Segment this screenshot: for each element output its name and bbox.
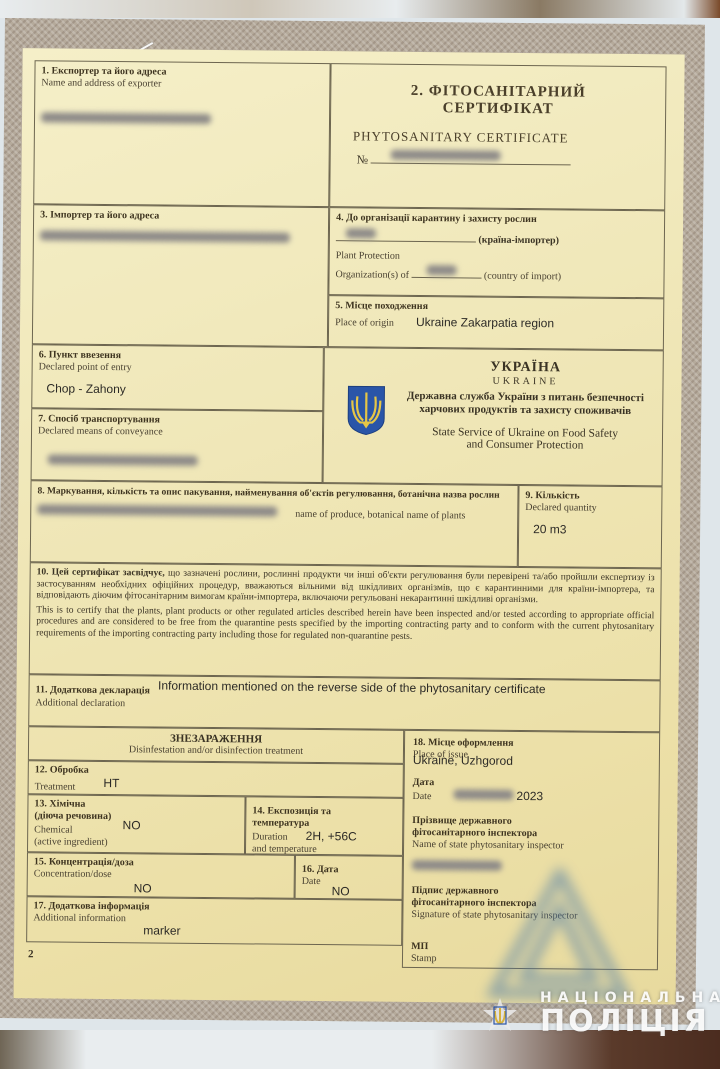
- produce-label-ua: 8. Маркування, кількість та опис пакуван…: [37, 485, 511, 502]
- ppo-country-redacted-ua: [346, 228, 376, 238]
- exporter-label-en: Name and address of exporter: [41, 77, 323, 92]
- conveyance-value-redacted: [48, 454, 198, 465]
- issue-place-value: Ukraine, Uzhgorod: [413, 753, 651, 769]
- produce-value-redacted: [37, 504, 277, 516]
- produce-label-en: name of produce, botanical name of plant…: [295, 509, 465, 522]
- background-top: [0, 0, 720, 18]
- issue-date-redacted: [454, 789, 514, 800]
- treatment-date-label-ua: 16. Дата: [302, 864, 396, 877]
- ppo-country-suffix-en: (country of import): [484, 271, 561, 283]
- national-police-watermark: НАЦІОНАЛЬНА ПОЛІЦІЯ: [470, 990, 710, 1038]
- box-chemical: 13. Хімічна (діюча речовина) ChemicalNO …: [27, 794, 246, 854]
- duration-value: 2H, +56C: [306, 829, 357, 843]
- box-means-of-conveyance: 7. Спосіб транспортування Declared means…: [31, 408, 324, 483]
- watermark-line2: ПОЛІЦІЯ: [540, 1006, 710, 1038]
- conveyance-label-en: Declared means of conveyance: [38, 425, 316, 440]
- ppo-label-ua: 4. До організації карантину і захисту ро…: [336, 212, 658, 227]
- certification-text-ua: 10. Цей сертифікат засвідчує, що зазначе…: [36, 567, 654, 607]
- page-number: 2: [28, 948, 34, 960]
- box-treatment-date: 16. Дата Date NO: [295, 855, 403, 900]
- authority-country-en: UKRAINE: [394, 375, 656, 389]
- importer-label-ua: 3. Імпортер та його адреса: [40, 209, 322, 224]
- authority-name-ua: Державна служба України з питань безпечн…: [394, 390, 656, 419]
- inspector-label-en: Name of state phytosanitary inspector: [412, 839, 650, 853]
- box-produce-description: 8. Маркування, кількість та опис пакуван…: [30, 480, 519, 567]
- box-additional-declaration: 11. Додаткова декларація Information men…: [28, 674, 660, 732]
- entry-value: Chop - Zahony: [46, 381, 316, 398]
- certificate-number-prefix: №: [357, 152, 369, 166]
- official-stamp-redacted: [484, 868, 635, 999]
- box-duration-temperature: 14. Експозиція та температура Duration2H…: [245, 796, 404, 856]
- issue-date-year: 2023: [516, 789, 543, 803]
- box-importer: 3. Імпортер та його адреса: [32, 204, 329, 347]
- certificate-title-ua-2: СЕРТИФІКАТ: [341, 99, 655, 119]
- box-additional-information: 17. Додаткова інформація Additional info…: [26, 896, 402, 946]
- box-plant-protection-org: 4. До організації карантину і захисту ро…: [328, 207, 665, 298]
- treatment-label-en: Treatment: [35, 781, 76, 792]
- ppo-label-en-2: Organization(s) of: [335, 269, 409, 281]
- additional-declaration-label-ua: 11. Додаткова декларація: [35, 684, 150, 697]
- importer-value-redacted: [40, 230, 290, 242]
- treatment-value: HT: [103, 776, 119, 790]
- box-place-of-origin: 5. Місце походження Place of origin Ukra…: [328, 295, 664, 350]
- box-point-of-entry: 6. Пункт ввезення Declared point of entr…: [31, 344, 324, 411]
- origin-label-en: Place of origin: [335, 317, 394, 330]
- ppo-country-redacted-en: [426, 265, 456, 275]
- box-concentration: 15. Концентрація/доза Concentration/dose…: [27, 852, 295, 899]
- certification-text-en: This is to certify that the plants, plan…: [36, 605, 654, 645]
- exporter-value-redacted: [41, 112, 211, 124]
- origin-value: Ukraine Zakarpatia region: [416, 315, 554, 330]
- box-authority: УКРАЇНА UKRAINE Державна служба України …: [323, 347, 664, 486]
- entry-label-en: Declared point of entry: [39, 361, 317, 376]
- ppo-label-en-1: Plant Protection: [336, 250, 658, 265]
- box-treatment-header: ЗНЕЗАРАЖЕННЯ Disinfestation and/or disin…: [28, 726, 404, 764]
- box-certification-statement: 10. Цей сертифікат засвідчує, що зазначе…: [29, 562, 662, 680]
- duration-label-en-1: Duration: [252, 831, 288, 842]
- ppo-country-suffix-ua: (країна-імпортер): [478, 235, 559, 247]
- police-star-icon: [480, 996, 520, 1036]
- box-exporter: 1. Експортер та його адреса Name and add…: [33, 60, 330, 207]
- quantity-value: 20 m3: [533, 522, 655, 537]
- quantity-label-en: Declared quantity: [525, 502, 655, 515]
- origin-label-ua: 5. Місце походження: [335, 300, 657, 315]
- treatment-header-en: Disinfestation and/or disinfection treat…: [33, 743, 399, 759]
- box-treatment: 12. Обробка Treatment HT: [28, 760, 404, 798]
- certificate-number-redacted: [391, 150, 501, 161]
- certificate-paper: 1. Експортер та його адреса Name and add…: [14, 48, 685, 1004]
- authority-name-en-2: and Consumer Protection: [394, 438, 656, 453]
- additional-declaration-label-en: Additional declaration: [35, 697, 653, 715]
- concentration-value: NO: [134, 881, 288, 896]
- additional-declaration-value: Information mentioned on the reverse sid…: [158, 678, 546, 696]
- treatment-label-ua: 12. Обробка: [35, 764, 397, 779]
- certificate-title-en: PHYTOSANITARY CERTIFICATE: [353, 128, 655, 147]
- box-certificate-title: 2. ФІТОСАНІТАРНИЙ СЕРТИФІКАТ PHYTOSANITA…: [329, 63, 666, 210]
- additional-info-value: marker: [143, 923, 395, 939]
- issue-date-label-en: Date: [412, 791, 431, 802]
- treatment-date-value: NO: [332, 884, 396, 899]
- ukraine-trident-coat-of-arms-icon: [346, 384, 386, 436]
- chemical-label-en-2: (active ingredient): [34, 836, 238, 850]
- certificate-sheet: 1. Експортер та його адреса Name and add…: [0, 18, 705, 1065]
- box-declared-quantity: 9. Кількість Declared quantity 20 m3: [518, 485, 663, 568]
- chemical-value: NO: [123, 818, 141, 832]
